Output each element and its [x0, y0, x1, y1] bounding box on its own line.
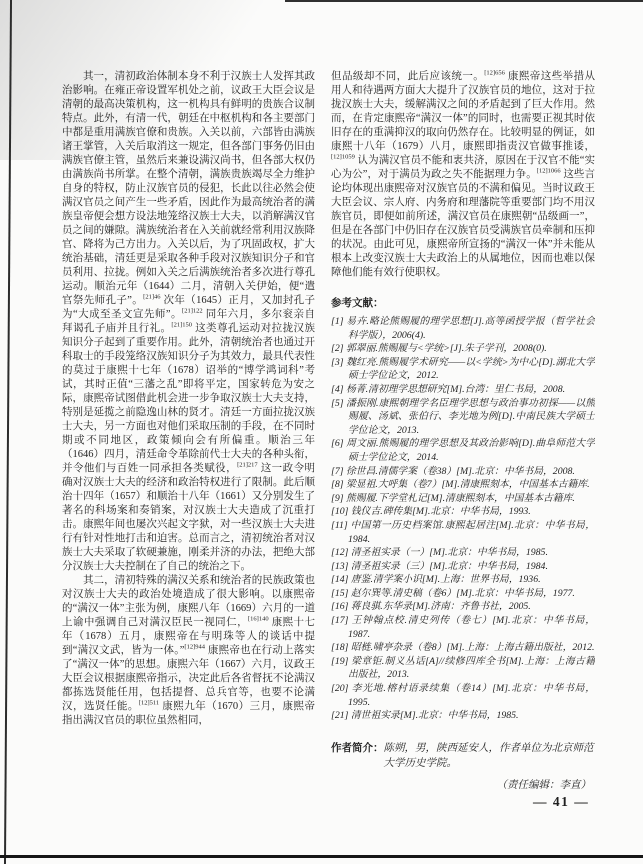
right-column: 但品级却不同，此后应该统一。[12]656 康熙帝这些举措从用人和待遇两方面大大…: [331, 70, 595, 840]
author-info-text: 陈朔，男，陕西延安人，作者单位为北京师范大学历史学院。: [384, 741, 596, 771]
reference-item: [20] 李光地.榕村语录续集（卷14）[M].北京：中华书局，1995.: [331, 682, 595, 709]
references-list: [1] 易卉.略论熊赐履的理学思想[J].高等函授学报（哲学社会科学版），200…: [331, 315, 595, 723]
page-number: — 41 —: [533, 794, 589, 810]
reference-item: [14] 唐鉴.清学案小识[M].上海：世界书局，1936.: [331, 573, 595, 587]
reference-item: [19] 梁章钜.制义丛话[A]//续修四库全书[M].上海：上海古籍出版社，2…: [331, 655, 595, 682]
reference-item: [9] 熊赐履.下学堂札记[M].清康熙刻本，中国基本古籍库.: [331, 492, 595, 506]
author-info-label: 作者简介：: [331, 741, 384, 771]
reference-item: [1] 易卉.略论熊赐履的理学思想[J].高等函授学报（哲学社会科学版），200…: [331, 315, 595, 342]
reference-item: [7] 徐世昌.清儒学案（卷38）[M].北京：中华书局，2008.: [331, 465, 595, 479]
page-content: 其一，清初政治体制本身不利于汉族士人发挥其政治影响。在雍正帝设置军机处之前，议政…: [62, 70, 595, 840]
reference-item: [16] 蒋良骐.东华录[M].济南：齐鲁书社，2005.: [331, 600, 595, 614]
body-paragraph-2-continuation: 但品级却不同，此后应该统一。[12]656 康熙帝这些举措从用人和待遇两方面大大…: [331, 70, 595, 280]
reference-item: [3] 魏红亮.熊赐履学术研究——以<学统>为中心[D].湖北大学硕士学位论文，…: [331, 356, 595, 383]
body-paragraph-1: 其一，清初政治体制本身不利于汉族士人发挥其政治影响。在雍正帝设置军机处之前，议政…: [62, 70, 315, 574]
reference-item: [15] 赵尔巽等.清史稿（卷6）[M].北京：中华书局，1977.: [331, 587, 595, 601]
scan-edge-bottom: [0, 855, 643, 858]
author-info: 作者简介： 陈朔，男，陕西延安人，作者单位为北京师范大学历史学院。: [331, 741, 595, 771]
references-heading: 参考文献：: [331, 297, 595, 311]
scan-edge-top: [285, 0, 643, 2]
reference-item: [18] 昭梿.啸亭杂录（卷8）[M].上海：上海古籍出版社，2012.: [331, 641, 595, 655]
reference-item: [13] 清圣祖实录（三）[M].北京：中华书局，1984.: [331, 560, 595, 574]
reference-item: [11] 中国第一历史档案馆.康熙起居注[M].北京：中华书局，1984.: [331, 519, 595, 546]
reference-item: [4] 杨菁.清初理学思想研究[M].台湾：里仁书局，2008.: [331, 383, 595, 397]
left-column: 其一，清初政治体制本身不利于汉族士人发挥其政治影响。在雍正帝设置军机处之前，议政…: [62, 70, 315, 840]
reference-item: [2] 郭翠丽.熊赐履与<学统>[J].朱子学刊，2008(0).: [331, 342, 595, 356]
reference-item: [6] 周文丽.熊赐履的理学思想及其政治影响[D].曲阜师范大学硕士学位论文，2…: [331, 437, 595, 464]
reference-item: [21] 清世祖实录[M].北京：中华书局，1985.: [331, 709, 595, 723]
editor-note: （责任编辑：李直）: [331, 778, 595, 793]
reference-item: [5] 潘振刚.康熙朝理学名臣理学思想与政治事功初探——以熊赐履、汤斌、张伯行、…: [331, 397, 595, 438]
scanned-paper-page: 其一，清初政治体制本身不利于汉族士人发挥其政治影响。在雍正帝设置军机处之前，议政…: [0, 0, 643, 864]
scan-edge-left: [4, 0, 12, 864]
reference-item: [8] 梁显祖.大呼集（卷7）[M].清康熙刻本，中国基本古籍库.: [331, 478, 595, 492]
reference-item: [10] 钱仪吉.碑传集[M].北京：中华书局，1993.: [331, 505, 595, 519]
reference-item: [17] 王钟翰点校.清史列传（卷七）[M].北京：中华书局，1987.: [331, 614, 595, 641]
body-paragraph-2: 其二，清初特殊的满汉关系和统治者的民族政策也对汉族士大夫的政治处境造成了很大影响…: [62, 574, 315, 728]
reference-item: [12] 清圣祖实录（一）[M].北京：中华书局，1985.: [331, 546, 595, 560]
